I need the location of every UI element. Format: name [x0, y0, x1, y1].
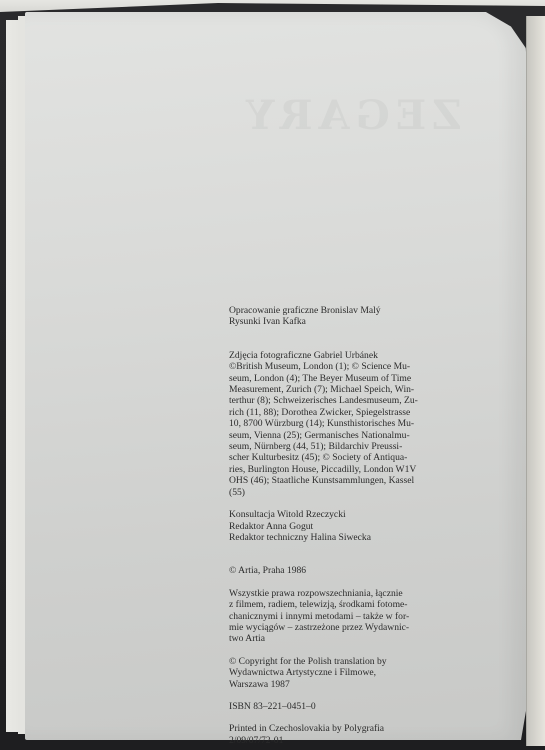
rights-line: Wszystkie prawa rozpowszechniania, łączn…	[229, 588, 439, 599]
copyright-translation: © Copyright for the Polish translation b…	[229, 656, 439, 690]
rights-line: chanicznymi i innymi metodami – także w …	[229, 611, 439, 622]
consultation: Konsultacja Witold Rzeczycki	[229, 509, 439, 520]
rights-line: mie wyciągów – zastrzeżone przez Wydawni…	[229, 622, 439, 633]
credits: Opracowanie graficzne Bronislav Malý Rys…	[229, 305, 439, 328]
printer-info: Printed in Czechoslovakia by Polygrafia …	[229, 723, 439, 746]
isbn: ISBN 83–221–0451–0	[229, 701, 439, 712]
copyright-original: © Artia, Praha 1986	[229, 565, 439, 576]
editors: Konsultacja Witold Rzeczycki Redaktor An…	[229, 509, 439, 543]
photo-line: scher Kulturbesitz (45); © Society of An…	[229, 452, 439, 463]
technical-editor: Redaktor techniczny Halina Siwecka	[229, 532, 439, 543]
photo-heading: Zdjęcia fotograficzne Gabriel Urbánek	[229, 350, 439, 361]
rights-line: two Artia	[229, 633, 439, 644]
editor: Redaktor Anna Gogut	[229, 521, 439, 532]
copyright-artia: © Artia, Praha 1986	[229, 565, 439, 576]
rights-notice: Wszystkie prawa rozpowszechniania, łączn…	[229, 588, 439, 645]
photo-credits: Zdjęcia fotograficzne Gabriel Urbánek ©B…	[229, 350, 439, 498]
photo-line: OHS (46); Staatliche Kunstsammlungen, Ka…	[229, 475, 439, 486]
rights-line: z filmem, radiem, telewizją, środkami fo…	[229, 599, 439, 610]
show-through-title: ZEGARY	[240, 92, 461, 139]
facing-page-edge	[526, 16, 545, 746]
photo-line: Measurement, Zurich (7); Michael Speich,…	[229, 384, 439, 395]
photo-line: (55)	[229, 487, 439, 498]
imprint-block: Opracowanie graficzne Bronislav Malý Rys…	[229, 305, 439, 750]
translation-line: © Copyright for the Polish translation b…	[229, 656, 439, 667]
design-credit: Opracowanie graficzne Bronislav Malý	[229, 305, 439, 316]
photo-line: ries, Burlington House, Piccadilly, Lond…	[229, 464, 439, 475]
photo-line: seum, Vienna (25); Germanisches National…	[229, 430, 439, 441]
photo-line: rich (11, 88); Dorothea Zwicker, Spiegel…	[229, 407, 439, 418]
printed-line: Printed in Czechoslovakia by Polygrafia	[229, 723, 439, 734]
translation-line: Warszawa 1987	[229, 679, 439, 690]
translation-line: Wydawnictwa Artystyczne i Filmowe,	[229, 667, 439, 678]
photo-line: 10, 8700 Würzburg (14); Kunsthistorische…	[229, 418, 439, 429]
photo-line: ©British Museum, London (1); © Science M…	[229, 361, 439, 372]
isbn-block: ISBN 83–221–0451–0	[229, 701, 439, 712]
photo-line: seum, Nürnberg (44, 51); Bildarchiv Preu…	[229, 441, 439, 452]
drawings-credit: Rysunki Ivan Kafka	[229, 316, 439, 327]
photo-line: seum, London (4); The Beyer Museum of Ti…	[229, 373, 439, 384]
print-code: 2/09/07/72-01	[229, 735, 439, 746]
photo-line: terthur (8); Schweizerisches Landesmuseu…	[229, 395, 439, 406]
